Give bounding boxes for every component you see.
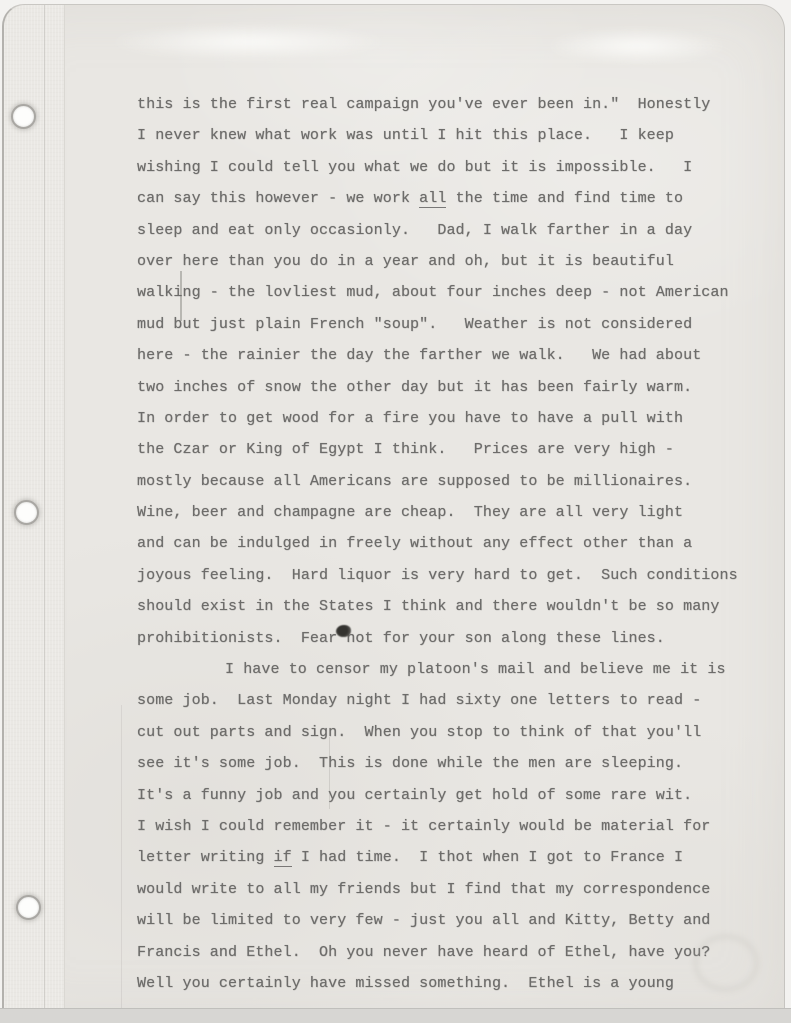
binder-hole-bottom (16, 895, 41, 920)
letter-line-25: letter writing if I had time. I thot whe… (137, 842, 782, 873)
scanner-edge-band (0, 1008, 791, 1023)
letter-line-24: I wish I could remember it - it certainl… (137, 811, 782, 842)
scan-background: this is the first real campaign you've e… (0, 0, 791, 1023)
letter-line-28: Francis and Ethel. Oh you never have hea… (137, 937, 782, 968)
letter-line-15: and can be indulged in freely without an… (137, 528, 782, 559)
letter-line-2: I never knew what work was until I hit t… (137, 120, 782, 151)
ghost-text-artifact (114, 25, 384, 59)
letter-line-14: Wine, beer and champagne are cheap. They… (137, 497, 782, 528)
binder-hole-middle (14, 500, 39, 525)
paper-crease (329, 737, 330, 809)
letter-line-3: wishing I could tell you what we do but … (137, 152, 782, 183)
letter-line-4: can say this however - we work all the t… (137, 183, 782, 214)
letter-line-9: here - the rainier the day the farther w… (137, 340, 782, 371)
letter-line-1: this is the first real campaign you've e… (137, 89, 782, 120)
letter-line-5: sleep and eat only occasionly. Dad, I wa… (137, 215, 782, 246)
binding-crease (44, 5, 45, 1009)
letter-line-18: prohibitionists. Fear not for your son a… (137, 623, 782, 654)
scratch-artifact (180, 271, 182, 321)
letter-line-10: two inches of snow the other day but it … (137, 372, 782, 403)
letter-line-19: I have to censor my platoon's mail and b… (137, 654, 782, 685)
letter-line-11: In order to get wood for a fire you have… (137, 403, 782, 434)
letter-line-6: over here than you do in a year and oh, … (137, 246, 782, 277)
letter-line-21: cut out parts and sign. When you stop to… (137, 717, 782, 748)
letter-body: this is the first real campaign you've e… (137, 89, 782, 999)
ink-blot-artifact (336, 625, 351, 637)
letter-line-27: will be limited to very few - just you a… (137, 905, 782, 936)
binder-hole-top (11, 104, 36, 129)
letter-line-7: walking - the lovliest mud, about four i… (137, 277, 782, 308)
letter-page: this is the first real campaign you've e… (2, 4, 785, 1023)
stain-artifact (694, 935, 758, 991)
letter-line-8: mud but just plain French "soup". Weathe… (137, 309, 782, 340)
letter-line-16: joyous feeling. Hard liquor is very hard… (137, 560, 782, 591)
underlined-word: all (419, 190, 446, 208)
letter-line-17: should exist in the States I think and t… (137, 591, 782, 622)
letter-line-13: mostly because all Americans are suppose… (137, 466, 782, 497)
ghost-text-artifact (549, 29, 724, 63)
letter-line-23: It's a funny job and you certainly get h… (137, 780, 782, 811)
paper-crease (121, 705, 122, 1010)
letter-line-12: the Czar or King of Egypt I think. Price… (137, 434, 782, 465)
letter-line-26: would write to all my friends but I find… (137, 874, 782, 905)
letter-line-29: Well you certainly have missed something… (137, 968, 782, 999)
letter-line-20: some job. Last Monday night I had sixty … (137, 685, 782, 716)
letter-line-22: see it's some job. This is done while th… (137, 748, 782, 779)
underlined-word: if (274, 849, 292, 867)
